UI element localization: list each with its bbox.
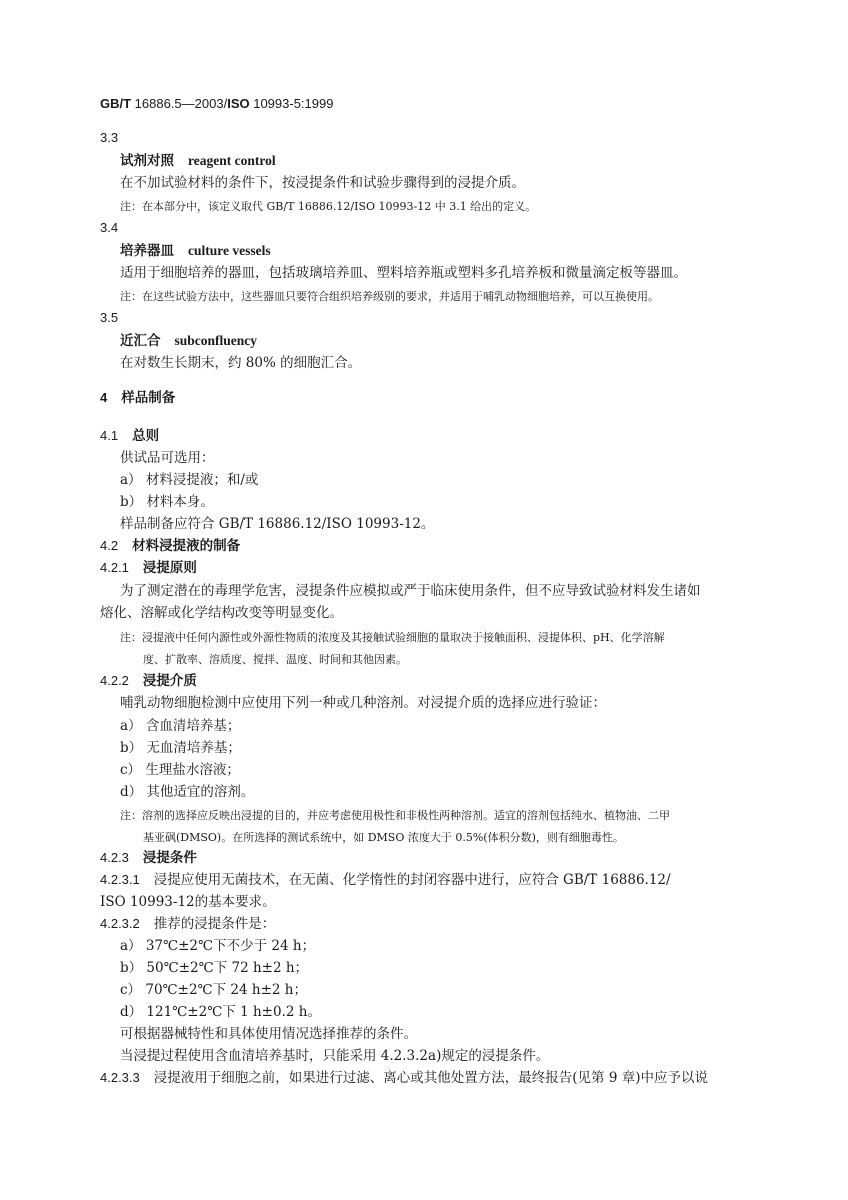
note-continued: 度、扩散率、溶质度、搅拌、温度、时间和其他因素。: [143, 652, 407, 668]
clause-paragraph: 4.2.3.2推荐的浸提条件是：: [100, 916, 275, 932]
document-header: GB/T 16886.5—2003/ISO 10993-5:1999: [100, 96, 333, 112]
list-item: d） 121℃±2℃下 1 h±0.2 h。: [120, 1004, 321, 1020]
list-item: d） 其他适宜的溶剂。: [120, 784, 254, 800]
paragraph: 样品制备应符合 GB/T 16886.12/ISO 10993-12。: [120, 516, 434, 532]
clause-number: 3.5: [100, 310, 118, 326]
clause-number: 3.4: [100, 220, 118, 236]
list-item: c） 70℃±2℃下 24 h±2 h；: [120, 982, 307, 998]
std-number: 16886.5—2003/: [131, 96, 227, 111]
note: 注：在这些试验方法中，这些器皿只要符合组织培养级别的要求，并适用于哺乳动物细胞培…: [120, 289, 659, 305]
subsection-heading: 4.1总则: [100, 428, 159, 444]
paragraph: 哺乳动物细胞检测中应使用下列一种或几种溶剂。对浸提介质的选择应进行验证：: [120, 695, 606, 711]
section-title: 材料浸提液的制备: [132, 538, 240, 554]
paragraph-text: 浸提应使用无菌技术，在无菌、化学惰性的封闭容器中进行，应符合 GB/T 1688…: [154, 872, 671, 888]
list-item: b） 50℃±2℃下 72 h±2 h；: [120, 960, 308, 976]
section-number: 4.2.3.1: [100, 872, 140, 887]
note: 注：溶剂的选择应反映出浸提的目的，并应考虑使用极性和非极性两种溶剂。适宜的溶剂包…: [120, 808, 670, 824]
section-title: 浸提原则: [143, 560, 197, 576]
list-item: b） 无血清培养基；: [120, 740, 241, 756]
subsection-heading: 4.2.1浸提原则: [100, 560, 197, 576]
section-heading: 4样品制备: [100, 390, 175, 406]
term-heading: 近汇合subconfluency: [120, 333, 257, 349]
paragraph: 供试品可选用：: [120, 450, 215, 466]
list-item: c） 生理盐水溶液；: [120, 762, 240, 778]
section-number: 4: [100, 390, 107, 405]
clause-paragraph: 4.2.3.1浸提应使用无菌技术，在无菌、化学惰性的封闭容器中进行，应符合 GB…: [100, 872, 671, 888]
term-cn: 试剂对照: [120, 153, 174, 169]
term-cn: 培养器皿: [120, 243, 174, 259]
section-number: 4.1: [100, 428, 118, 443]
paragraph: 可根据器械特性和具体使用情况选择推荐的条件。: [120, 1026, 417, 1042]
term-heading: 试剂对照reagent control: [120, 153, 276, 169]
term-en: culture vessels: [188, 243, 271, 258]
subsection-heading: 4.2材料浸提液的制备: [100, 538, 240, 554]
term-cn: 近汇合: [120, 333, 161, 349]
paragraph: 当浸提过程使用含血清培养基时，只能采用 4.2.3.2a)规定的浸提条件。: [120, 1048, 549, 1064]
definition: 适用于细胞培养的器皿，包括玻璃培养皿、塑料培养瓶或塑料多孔培养板和微量滴定板等器…: [120, 265, 687, 281]
paragraph-continued: 熔化、溶解或化学结构改变等明显变化。: [100, 605, 343, 621]
section-number: 4.2.2: [100, 673, 129, 688]
list-item: a） 材料浸提液；和/或: [120, 472, 258, 488]
paragraph-text: 推荐的浸提条件是：: [154, 916, 276, 932]
note: 注：在本部分中，该定义取代 GB/T 16886.12/ISO 10993-12…: [120, 199, 536, 215]
section-number: 4.2.1: [100, 560, 129, 575]
list-item: a） 37℃±2℃下不少于 24 h；: [120, 938, 315, 954]
section-title: 浸提条件: [143, 850, 197, 866]
note: 注：浸提液中任何内源性或外源性物质的浓度及其接触试验细胞的量取决于接触面积、浸提…: [120, 630, 665, 646]
term-en: subconfluency: [175, 333, 258, 348]
section-title: 样品制备: [121, 390, 175, 406]
section-title: 浸提介质: [143, 673, 197, 689]
paragraph-continued: ISO 10993-12的基本要求。: [100, 894, 276, 910]
subsection-heading: 4.2.2浸提介质: [100, 673, 197, 689]
section-number: 4.2.3: [100, 850, 129, 865]
clause-number: 3.3: [100, 130, 118, 146]
clause-paragraph: 4.2.3.3浸提液用于细胞之前，如果进行过滤、离心或其他处置方法，最终报告(见…: [100, 1070, 708, 1086]
iso-prefix: ISO: [227, 96, 249, 111]
std-prefix: GB/T: [100, 96, 131, 111]
paragraph: 为了测定潜在的毒理学危害，浸提条件应模拟或严于临床使用条件，但不应导致试验材料发…: [120, 583, 701, 599]
note-continued: 基亚砜(DMSO)。在所选择的测试系统中，如 DMSO 浓度大于 0.5%(体积…: [143, 830, 624, 846]
paragraph-text: 浸提液用于细胞之前，如果进行过滤、离心或其他处置方法，最终报告(见第 9 章)中…: [154, 1070, 708, 1086]
list-item: b） 材料本身。: [120, 494, 214, 510]
section-number: 4.2.3.2: [100, 916, 140, 931]
section-number: 4.2: [100, 538, 118, 553]
definition: 在对数生长期末，约 80% 的细胞汇合。: [120, 355, 361, 371]
term-en: reagent control: [188, 153, 276, 168]
definition: 在不加试验材料的条件下，按浸提条件和试验步骤得到的浸提介质。: [120, 175, 525, 191]
iso-number: 10993-5:1999: [250, 96, 334, 111]
subsection-heading: 4.2.3浸提条件: [100, 850, 197, 866]
section-number: 4.2.3.3: [100, 1070, 140, 1085]
term-heading: 培养器皿culture vessels: [120, 243, 271, 259]
list-item: a） 含血清培养基；: [120, 718, 240, 734]
section-title: 总则: [132, 428, 159, 444]
